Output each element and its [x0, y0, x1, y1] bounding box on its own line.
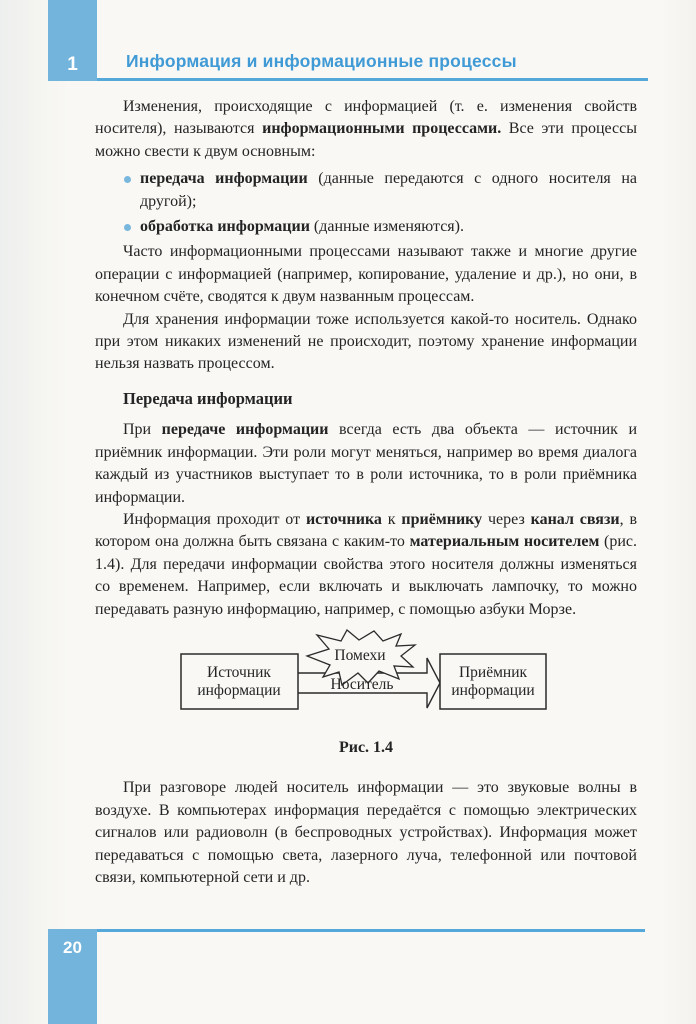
text-segment: (данные изменяются). [310, 218, 464, 235]
text-segment-bold: обработка информации [140, 218, 310, 235]
page-number-badge: 20 [48, 929, 97, 1024]
paragraph-operations: Часто информационными процессами называю… [95, 241, 637, 308]
text-segment-bold: приёмнику [401, 511, 482, 528]
noise-label: Помехи [334, 647, 385, 664]
bullet-icon [124, 176, 131, 183]
text-segment: Информация проходит от [123, 511, 306, 528]
text-segment-bold: источника [306, 511, 382, 528]
text-segment-bold: канал связи [531, 511, 620, 528]
text-segment: к [382, 511, 401, 528]
source-label-line2: информации [197, 682, 280, 699]
chapter-title: Информация и информационные процессы [126, 51, 646, 72]
header-rule [97, 78, 648, 81]
paragraph-storage: Для хранения информации тоже используетс… [95, 309, 637, 376]
text-segment-bold: информационными процессами. [262, 120, 501, 137]
footer-rule [97, 929, 645, 932]
bullet-icon [124, 224, 131, 231]
text-segment-bold: материальным носителем [410, 533, 600, 550]
paragraph-intro: Изменения, происходящие с информацией (т… [95, 96, 637, 163]
list-item: передача информации (данные передаются с… [95, 168, 637, 213]
text-segment: через [482, 511, 530, 528]
chapter-number-badge: 1 [48, 0, 97, 81]
carrier-label: Носитель [331, 676, 394, 693]
text-segment-bold: передаче информации [162, 421, 329, 438]
source-label-line1: Источник [207, 664, 271, 681]
content-column: Изменения, происходящие с информацией (т… [95, 96, 637, 889]
paragraph-examples: При разговоре людей носитель информации … [95, 777, 637, 889]
figure: Помехи Носитель Источник информации Приё… [95, 629, 637, 759]
section-heading: Передача информации [95, 388, 637, 410]
receiver-label-line1: Приёмник [459, 664, 528, 681]
paragraph-channel: Информация проходит от источника к приём… [95, 509, 637, 621]
text-segment: При [123, 421, 162, 438]
receiver-label-line2: информации [451, 682, 534, 699]
paragraph-transfer: При передаче информации всегда есть два … [95, 419, 637, 509]
diagram-svg: Помехи Носитель Источник информации Приё… [95, 629, 637, 725]
text-segment-bold: передача информации [140, 170, 308, 187]
page-number: 20 [63, 938, 82, 958]
list-item: обработка информации (данные изменяются)… [95, 216, 637, 238]
bullet-list: передача информации (данные передаются с… [95, 168, 637, 238]
figure-caption: Рис. 1.4 [95, 737, 637, 759]
chapter-number: 1 [67, 54, 78, 76]
